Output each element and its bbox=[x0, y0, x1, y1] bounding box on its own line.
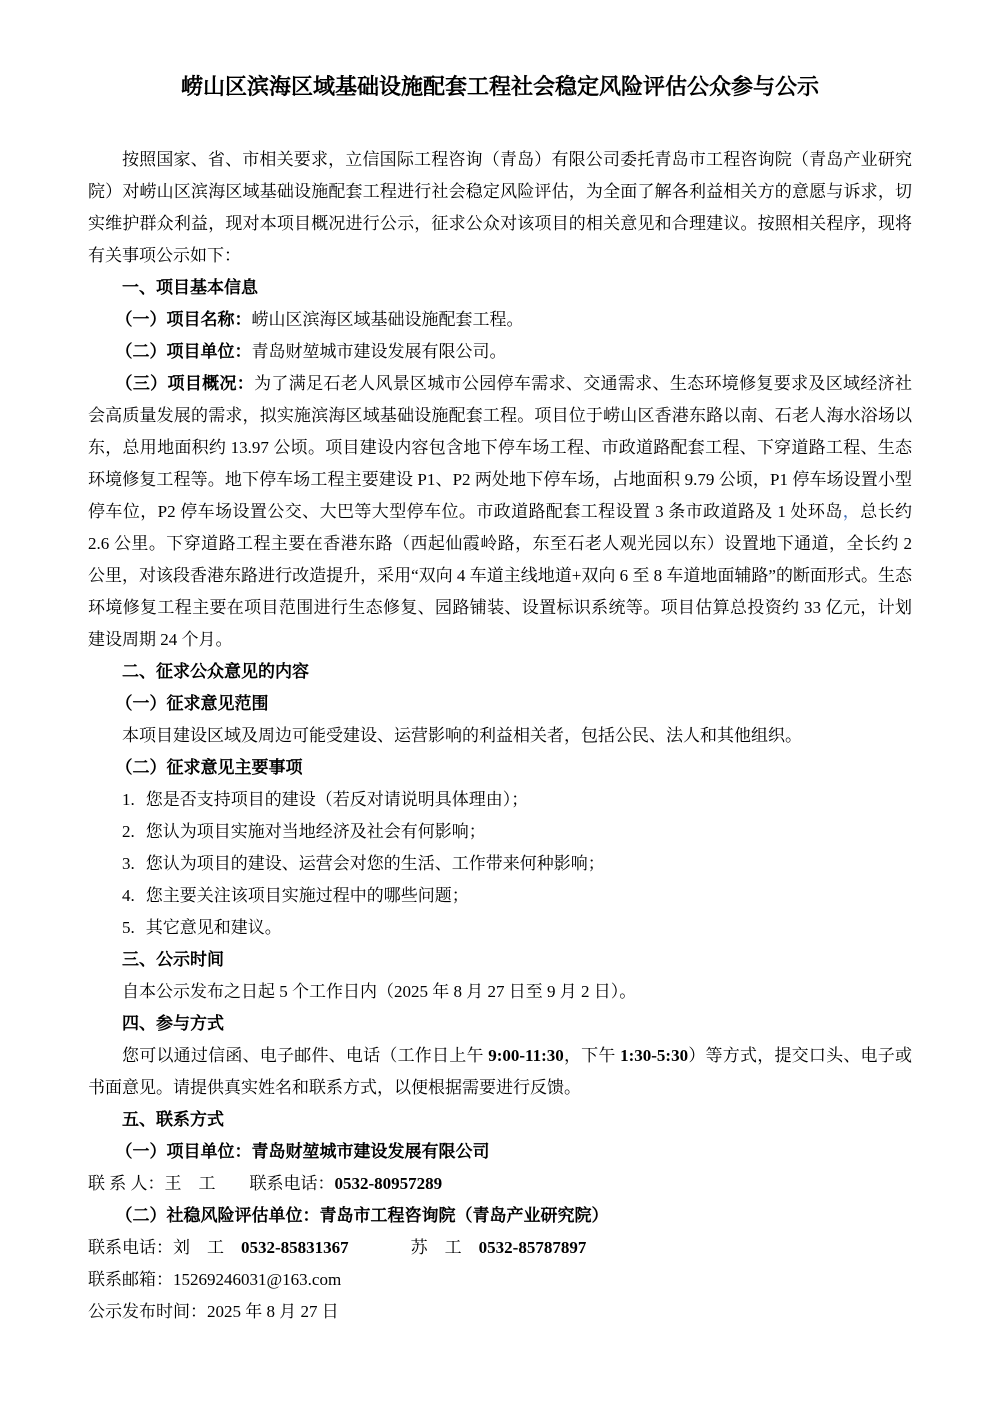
contact-unit-line: （一）项目单位：青岛财堃城市建设发展有限公司 bbox=[88, 1136, 912, 1168]
scope-paragraph: 本项目建设区域及周边可能受建设、运营影响的利益相关者，包括公民、法人和其他组织。 bbox=[88, 720, 912, 752]
office-hours-morning: 9:00-11:30 bbox=[488, 1046, 564, 1065]
assessor-unit-line: （二）社稳风险评估单位：青岛市工程咨询院（青岛产业研究院） bbox=[88, 1200, 912, 1232]
contact-person-line: 联 系 人：王 工 联系电话：0532-80957289 bbox=[88, 1168, 912, 1200]
list-item-3: 3.您认为项目的建设、运营会对您的生活、工作带来何种影响； bbox=[88, 848, 912, 880]
contact-phone-1: 0532-80957289 bbox=[335, 1174, 443, 1193]
page-title: 崂山区滨海区域基础设施配套工程社会稳定风险评估公众参与公示 bbox=[88, 70, 912, 104]
project-unit-line: （二）项目单位：青岛财堃城市建设发展有限公司。 bbox=[88, 336, 912, 368]
section-2-heading: 二、征求公众意见的内容 bbox=[88, 656, 912, 688]
publicity-period-paragraph: 自本公示发布之日起 5 个工作日内（2025 年 8 月 27 日至 9 月 2… bbox=[88, 976, 912, 1008]
project-name-value: 崂山区滨海区域基础设施配套工程。 bbox=[252, 310, 524, 329]
list-item-4-text: 您主要关注该项目实施过程中的哪些问题； bbox=[146, 886, 469, 905]
document-page: 崂山区滨海区域基础设施配套工程社会稳定风险评估公众参与公示 按照国家、省、市相关… bbox=[0, 0, 1000, 1415]
assessor-phones-line: 联系电话：刘 工 0532-85831367苏 工 0532-85787897 bbox=[88, 1232, 912, 1264]
office-hours-afternoon: 1:30-5:30 bbox=[620, 1046, 688, 1065]
project-name-label: （一）项目名称： bbox=[116, 310, 252, 329]
participation-text-1: 您可以通过信函、电子邮件、电话（工作日上午 bbox=[122, 1046, 488, 1065]
assessor-phone-label: 联系电话：刘 工 bbox=[88, 1238, 241, 1257]
intro-paragraph: 按照国家、省、市相关要求，立信国际工程咨询（青岛）有限公司委托青岛市工程咨询院（… bbox=[88, 144, 912, 272]
contact-email-value: 15269246031@163.com bbox=[173, 1270, 341, 1289]
list-item-1-text: 您是否支持项目的建设（若反对请说明具体理由）； bbox=[146, 790, 529, 809]
list-item-2-number: 2. bbox=[122, 822, 135, 841]
contact-phone-3: 0532-85787897 bbox=[479, 1238, 587, 1257]
list-item-5: 5.其它意见和建议。 bbox=[88, 912, 912, 944]
project-unit-label: （二）项目单位： bbox=[116, 342, 252, 361]
contact-person-label: 联 系 人：王 工 联系电话： bbox=[88, 1174, 335, 1193]
section-1-heading: 一、项目基本信息 bbox=[88, 272, 912, 304]
assessor-phone-label-2: 苏 工 bbox=[411, 1238, 479, 1257]
project-name-line: （一）项目名称：崂山区滨海区域基础设施配套工程。 bbox=[88, 304, 912, 336]
publish-date-line: 公示发布时间：2025 年 8 月 27 日 bbox=[88, 1296, 912, 1328]
contact-email-line: 联系邮箱：15269246031@163.com bbox=[88, 1264, 912, 1296]
list-item-4-number: 4. bbox=[122, 886, 135, 905]
list-item-3-number: 3. bbox=[122, 854, 135, 873]
participation-paragraph: 您可以通过信函、电子邮件、电话（工作日上午 9:00-11:30，下午 1:30… bbox=[88, 1040, 912, 1104]
list-item-1: 1.您是否支持项目的建设（若反对请说明具体理由）； bbox=[88, 784, 912, 816]
project-unit-value: 青岛财堃城市建设发展有限公司。 bbox=[252, 342, 507, 361]
list-item-3-text: 您认为项目的建设、运营会对您的生活、工作带来何种影响； bbox=[146, 854, 605, 873]
participation-text-2: ，下午 bbox=[564, 1046, 620, 1065]
blue-comma: ， bbox=[843, 502, 860, 521]
project-overview-text-2: 总长约 2.6 公里。下穿道路工程主要在香港东路（西起仙霞岭路，东至石老人观光园… bbox=[88, 502, 912, 649]
project-overview-text-1: 为了满足石老人风景区城市公园停车需求、交通需求、生态环境修复要求及区域经济社会高… bbox=[88, 374, 912, 521]
matters-subheading: （二）征求意见主要事项 bbox=[88, 752, 912, 784]
project-overview-paragraph: （三）项目概况：为了满足石老人风景区城市公园停车需求、交通需求、生态环境修复要求… bbox=[88, 368, 912, 656]
list-item-4: 4.您主要关注该项目实施过程中的哪些问题； bbox=[88, 880, 912, 912]
contact-email-label: 联系邮箱： bbox=[88, 1270, 173, 1289]
scope-subheading: （一）征求意见范围 bbox=[88, 688, 912, 720]
project-overview-label: （三）项目概况： bbox=[116, 374, 255, 393]
list-item-2: 2.您认为项目实施对当地经济及社会有何影响； bbox=[88, 816, 912, 848]
list-item-2-text: 您认为项目实施对当地经济及社会有何影响； bbox=[146, 822, 486, 841]
section-4-heading: 四、参与方式 bbox=[88, 1008, 912, 1040]
list-item-1-number: 1. bbox=[122, 790, 135, 809]
list-item-5-text: 其它意见和建议。 bbox=[146, 918, 282, 937]
list-item-5-number: 5. bbox=[122, 918, 135, 937]
section-3-heading: 三、公示时间 bbox=[88, 944, 912, 976]
section-5-heading: 五、联系方式 bbox=[88, 1104, 912, 1136]
contact-phone-2: 0532-85831367 bbox=[241, 1238, 349, 1257]
